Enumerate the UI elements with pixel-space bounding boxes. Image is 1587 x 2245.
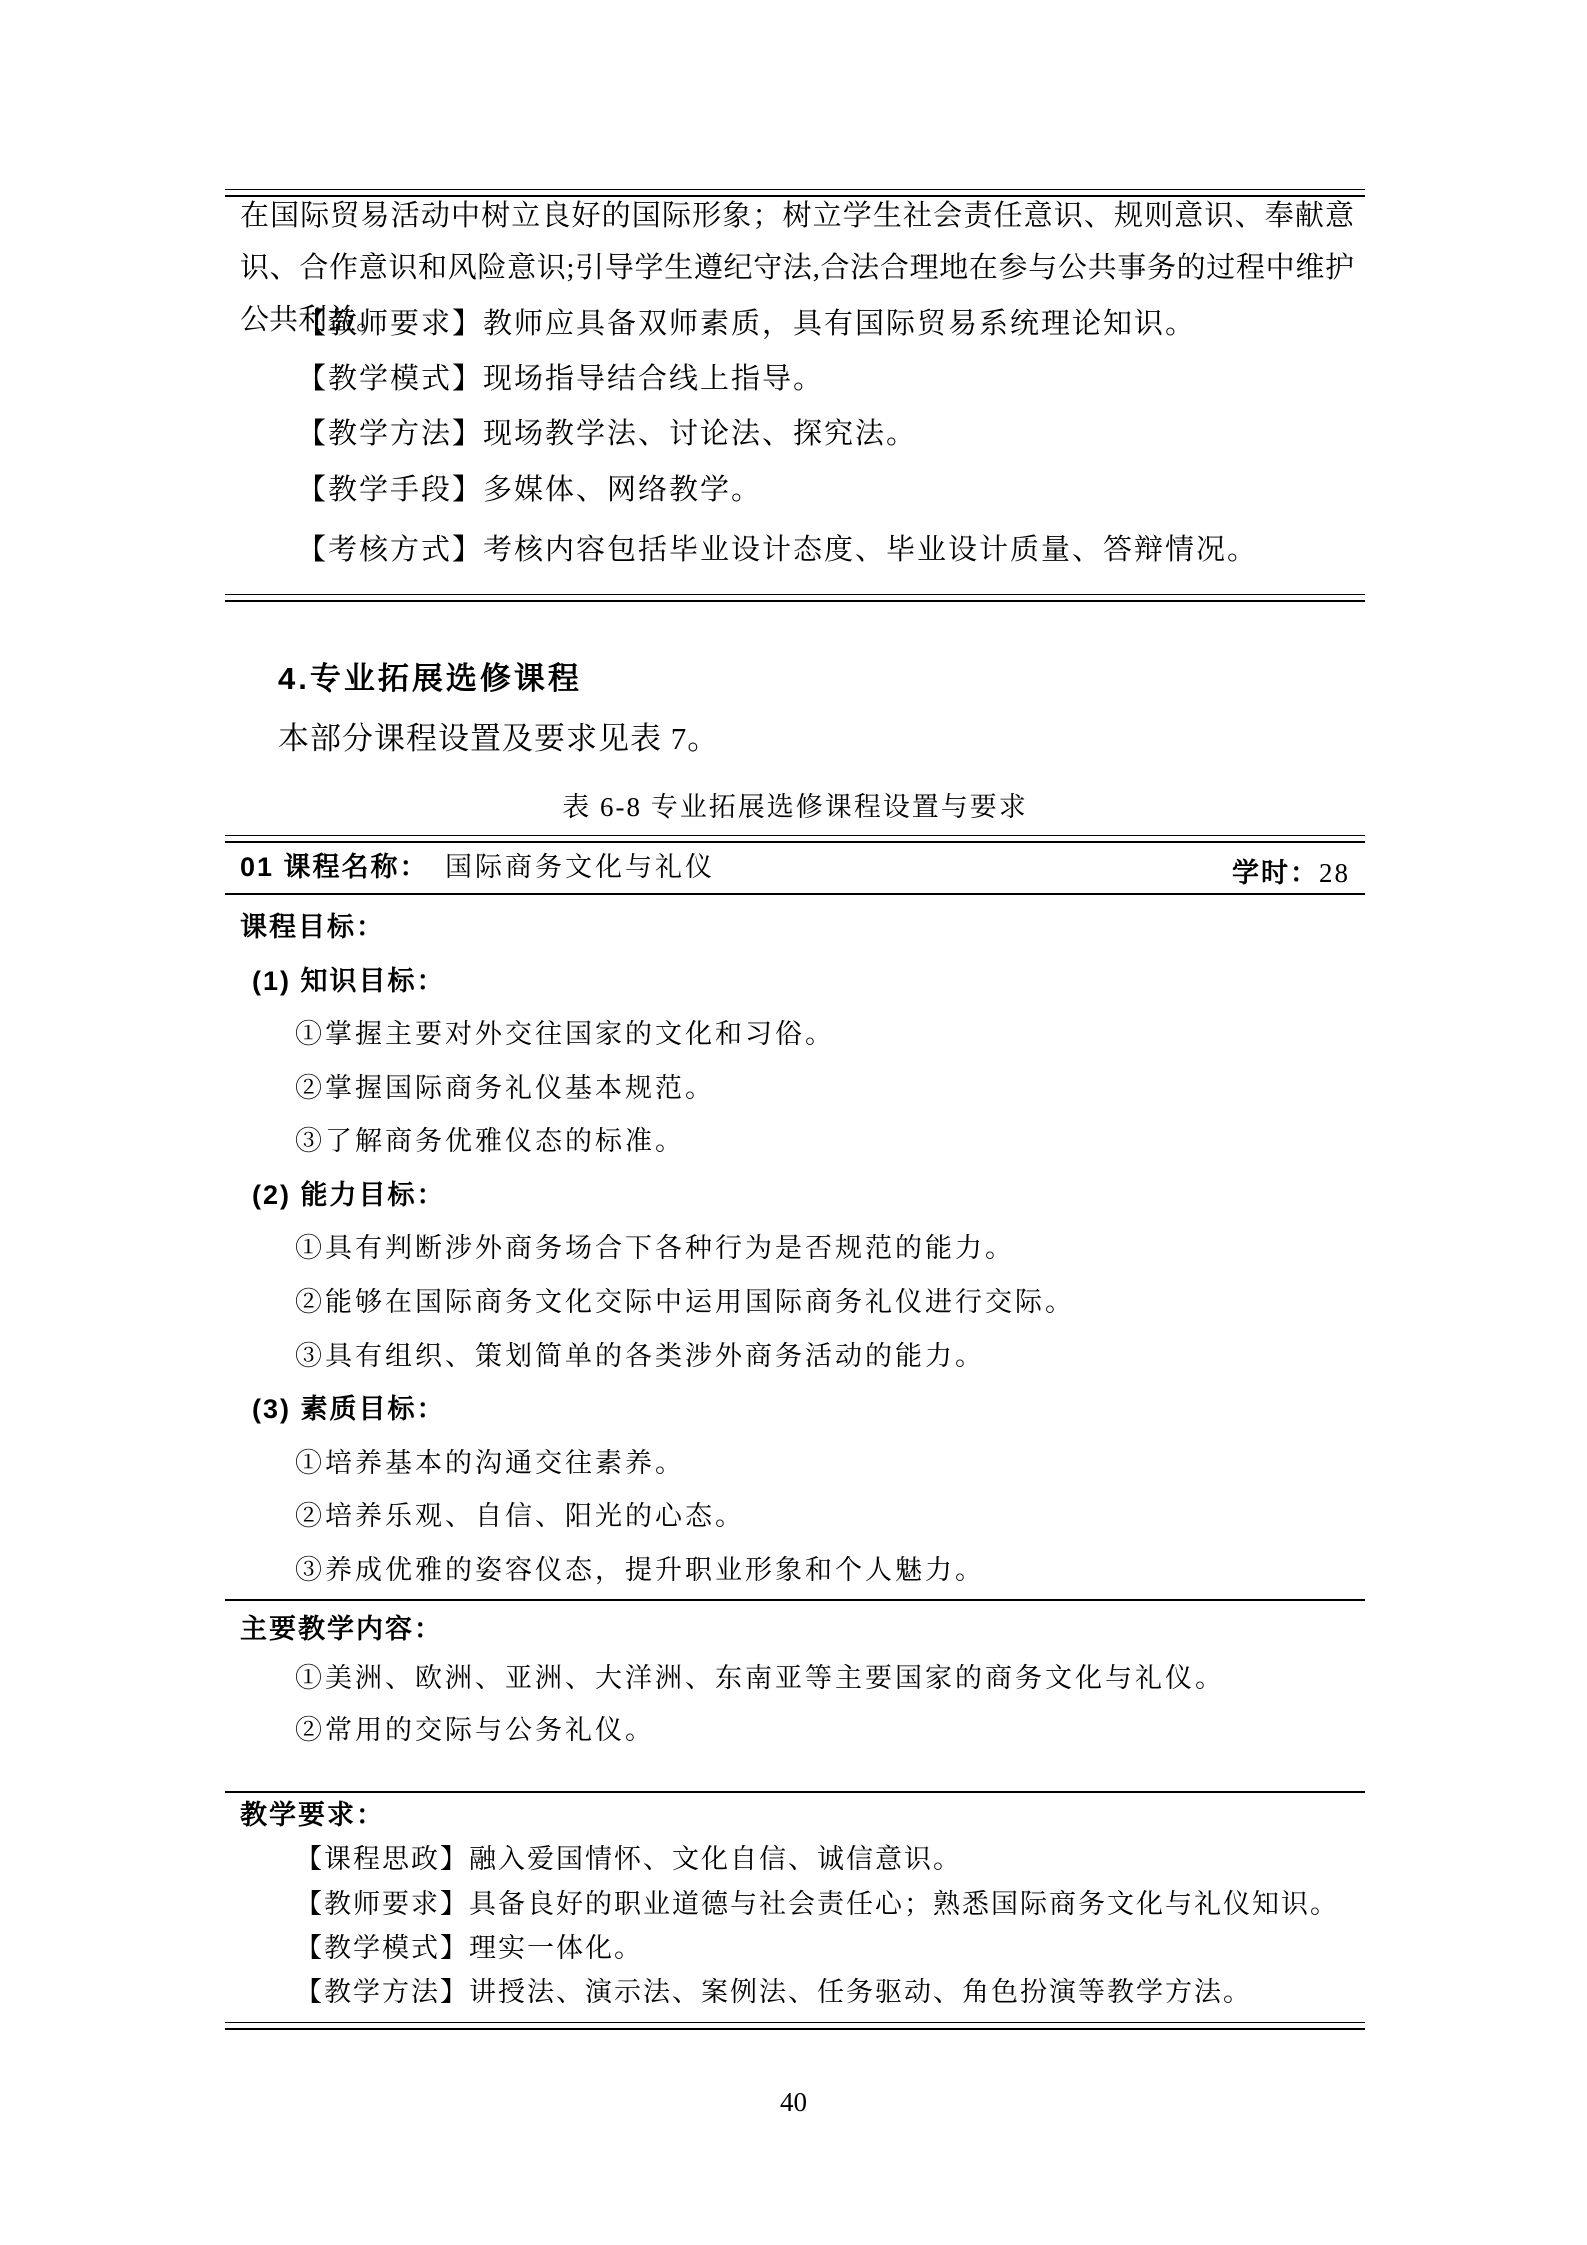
course-table-top-border [225, 835, 1365, 843]
table-caption: 表 6-8 专业拓展选修课程设置与要求 [225, 785, 1365, 824]
course-number-label: 01 课程名称： [240, 851, 429, 885]
content-item: ②常用的交际与公务礼仪。 [295, 1714, 655, 1748]
top-teaching-means-line: 【教学手段】多媒体、网络教学。 [297, 472, 762, 508]
top-teacher-requirement-line: 【教师要求】教师应具备双师素质，具有国际贸易系统理论知识。 [297, 306, 1196, 342]
objective-item: ①培养基本的沟通交往素养。 [295, 1447, 685, 1481]
objective-item: ①具有判断涉外商务场合下各种行为是否规范的能力。 [295, 1232, 1015, 1266]
requirement-ideology-line: 【课程思政】融入爱国情怀、文化自信、诚信意识。 [295, 1843, 962, 1877]
requirement-method-line: 【教学方法】讲授法、演示法、案例法、任务驱动、角色扮演等教学方法。 [295, 1976, 1252, 2010]
objective-item: ③具有组织、策划简单的各类涉外商务活动的能力。 [295, 1340, 985, 1374]
hours-value: 28 [1319, 858, 1350, 888]
document-page: 在国际贸易活动中树立良好的国际形象；树立学生社会责任意识、规则意识、奉献意识、合… [0, 0, 1587, 2245]
knowledge-objectives-title: (1) 知识目标： [252, 965, 446, 999]
objective-item: ②能够在国际商务文化交际中运用国际商务礼仪进行交际。 [295, 1286, 1075, 1320]
objectives-content-divider [225, 1599, 1365, 1601]
ability-objectives-title: (2) 能力目标： [252, 1179, 446, 1213]
objective-item: ③了解商务优雅仪态的标准。 [295, 1125, 685, 1159]
section-intro: 本部分课程设置及要求见表 7。 [278, 720, 719, 759]
requirement-mode-line: 【教学模式】理实一体化。 [295, 1932, 643, 1966]
course-header-divider [225, 893, 1365, 895]
top-table-bottom-border [225, 594, 1365, 602]
objective-item: ②培养乐观、自信、阳光的心态。 [295, 1500, 745, 1534]
top-teaching-mode-line: 【教学模式】现场指导结合线上指导。 [297, 361, 824, 397]
requirement-teacher-line: 【教师要求】具备良好的职业道德与社会责任心；熟悉国际商务文化与礼仪知识。 [295, 1888, 1339, 1922]
top-teaching-method-line: 【教学方法】现场教学法、讨论法、探究法。 [297, 416, 917, 452]
objective-item: ③养成优雅的姿容仪态，提升职业形象和个人魅力。 [295, 1554, 985, 1588]
course-table-bottom-border [225, 2022, 1365, 2030]
objective-item: ①掌握主要对外交往国家的文化和习俗。 [295, 1018, 835, 1052]
requirements-title: 教学要求： [240, 1799, 385, 1833]
section-heading: 4.专业拓展选修课程 [278, 660, 582, 699]
quality-objectives-title: (3) 素质目标： [252, 1393, 446, 1427]
content-title: 主要教学内容： [240, 1613, 443, 1647]
content-item: ①美洲、欧洲、亚洲、大洋洲、东南亚等主要国家的商务文化与礼仪。 [295, 1662, 1225, 1696]
objective-item: ②掌握国际商务礼仪基本规范。 [295, 1072, 715, 1106]
course-hours: 学时：28 [1232, 851, 1350, 890]
top-assessment-line: 【考核方式】考核内容包括毕业设计态度、毕业设计质量、答辩情况。 [297, 532, 1258, 568]
page-number: 40 [0, 2087, 1587, 2118]
objectives-title: 课程目标： [240, 911, 385, 945]
content-requirements-divider [225, 1791, 1365, 1793]
hours-label: 学时： [1232, 858, 1319, 888]
course-name-value: 国际商务文化与礼仪 [445, 851, 715, 885]
